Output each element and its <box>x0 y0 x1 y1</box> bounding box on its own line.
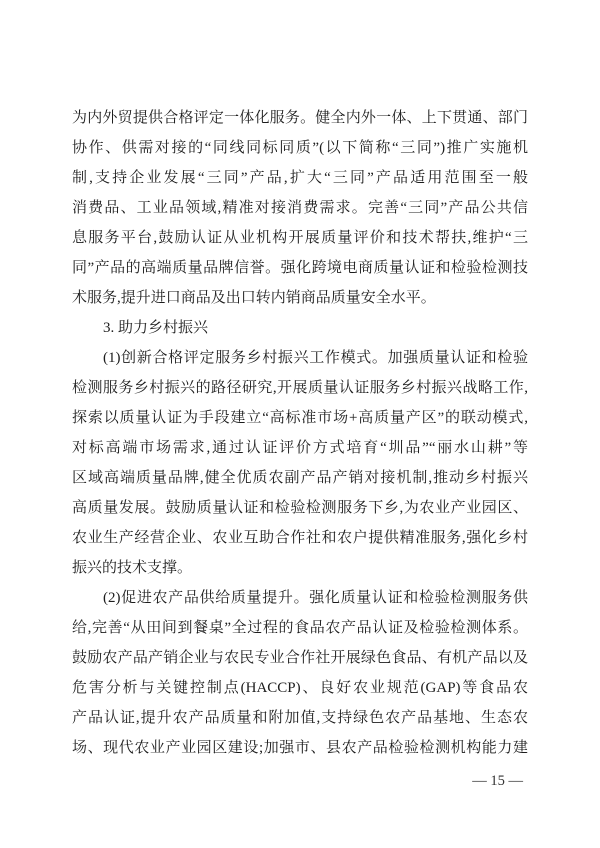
text-line: (2)促进农产品供给质量提升。强化质量认证和检验检测服务供 <box>72 583 528 613</box>
text-line: 对标高端市场需求,通过认证评价方式培育“圳品”“丽水山耕”等 <box>72 433 528 463</box>
text-line: 振兴的技术支撑。 <box>72 553 528 583</box>
document-page: 为内外贸提供合格评定一体化服务。健全内外一体、上下贯通、部门 协作、供需对接的“… <box>0 0 600 848</box>
text-line: 检测服务乡村振兴的路径研究,开展质量认证服务乡村振兴战略工作, <box>72 373 528 403</box>
section-heading: 3. 助力乡村振兴 <box>72 313 528 343</box>
text-line: 鼓励农产品产销企业与农民专业合作社开展绿色食品、有机产品以及 <box>72 643 528 673</box>
text-line: 产品认证,提升农产品质量和附加值,支持绿色农产品基地、生态农 <box>72 703 528 733</box>
text-line: (1)创新合格评定服务乡村振兴工作模式。加强质量认证和检验 <box>72 343 528 373</box>
text-line: 给,完善“从田间到餐桌”全过程的食品农产品认证及检验检测体系。 <box>72 613 528 643</box>
text-line: 探索以质量认证为手段建立“高标准市场+高质量产区”的联动模式, <box>72 403 528 433</box>
text-line: 消费品、工业品领域,精准对接消费需求。完善“三同”产品公共信 <box>72 193 528 223</box>
text-line: 场、现代农业产业园区建设;加强市、县农产品检验检测机构能力建 <box>72 733 528 763</box>
text-line: 区域高端质量品牌,健全优质农副产品产销对接机制,推动乡村振兴 <box>72 463 528 493</box>
page-number: — 15 — <box>472 766 523 796</box>
document-body: 为内外贸提供合格评定一体化服务。健全内外一体、上下贯通、部门 协作、供需对接的“… <box>72 103 528 763</box>
text-line: 同”产品的高端质量品牌信誉。强化跨境电商质量认证和检验检测技 <box>72 253 528 283</box>
text-line: 制,支持企业发展“三同”产品,扩大“三同”产品适用范围至一般 <box>72 163 528 193</box>
text-line: 术服务,提升进口商品及出口转内销商品质量安全水平。 <box>72 283 528 313</box>
text-line: 危害分析与关键控制点(HACCP)、良好农业规范(GAP)等食品农 <box>72 673 528 703</box>
text-line: 协作、供需对接的“同线同标同质”(以下简称“三同”)推广实施机 <box>72 133 528 163</box>
text-line: 农业生产经营企业、农业互助合作社和农户提供精准服务,强化乡村 <box>72 523 528 553</box>
text-line: 息服务平台,鼓励认证从业机构开展质量评价和技术帮扶,维护“三 <box>72 223 528 253</box>
text-line: 为内外贸提供合格评定一体化服务。健全内外一体、上下贯通、部门 <box>72 103 528 133</box>
text-line: 高质量发展。鼓励质量认证和检验检测服务下乡,为农业产业园区、 <box>72 493 528 523</box>
